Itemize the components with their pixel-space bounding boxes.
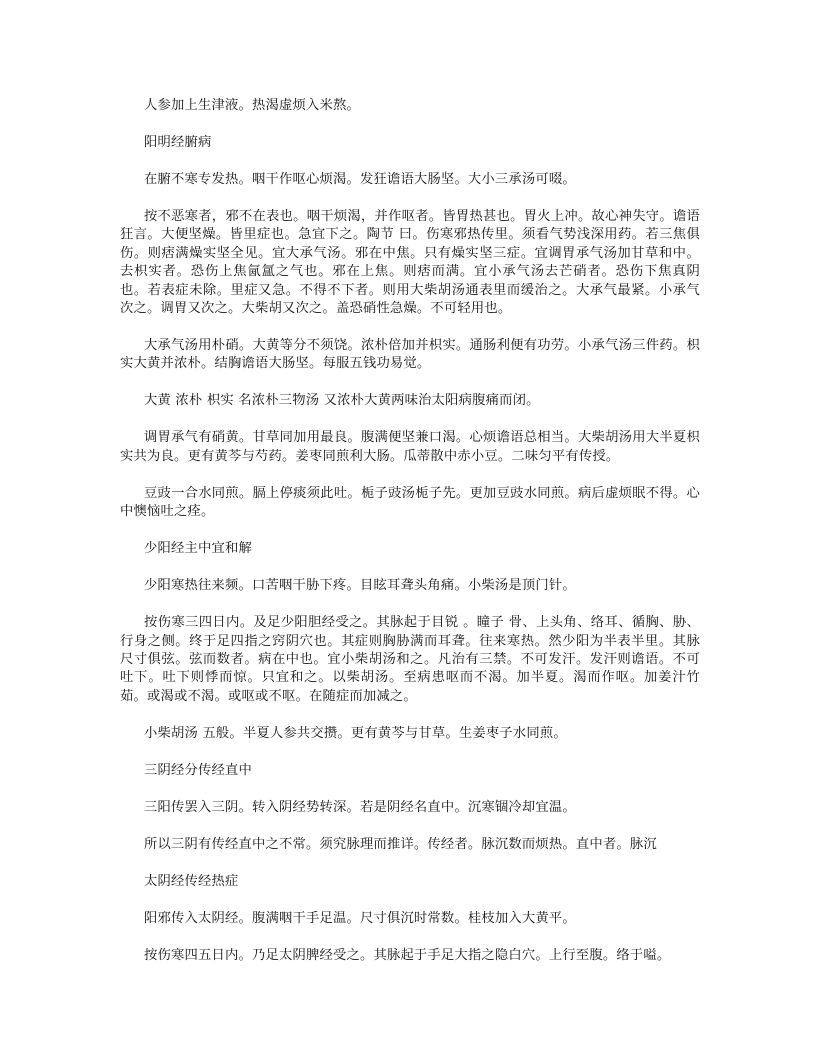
commentary-paragraph: 按伤寒三四日内。及足少阳胆经受之。其脉起于目锐 。瞳子 骨、上头角、络耳、循胸、… [120,614,700,706]
verse-paragraph: 三阳传罢入三阴。转入阴经势转深。若是阴经名直中。沉寒锢冷却宜温。 [120,799,700,817]
body-paragraph: 人参加上生津液。热渴虚烦入米熬。 [120,97,700,115]
section-heading: 阳明经腑病 [120,134,700,152]
verse-paragraph: 大承气汤用朴硝。大黄等分不须饶。浓朴倍加并枳实。通肠利便有功劳。小承气汤三件药。… [120,337,700,374]
section-heading: 少阳经主中宜和解 [120,540,700,558]
section-heading: 三阴经分传经直中 [120,762,700,780]
commentary-paragraph: 按伤寒四五日内。乃足太阴脾经受之。其脉起于手足大指之隐白穴。上行至腹。络于嗌。 [120,947,700,965]
section-heading: 太阴经传经热症 [120,873,700,891]
commentary-paragraph: 所以三阴有传经直中之不常。须究脉理而推详。传经者。脉沉数而烦热。直中者。脉沉 [120,836,700,854]
note-paragraph: 大黄 浓朴 枳实 名浓朴三物汤 又浓朴大黄两味治太阳病腹痛而闭。 [120,392,700,410]
verse-paragraph: 豆豉一合水同煎。膈上停痰须此吐。栀子豉汤栀子先。更加豆豉水同煎。病后虚烦眠不得。… [120,485,700,522]
verse-paragraph: 小柴胡汤 五般。半夏人参共交攒。更有黄芩与甘草。生姜枣子水同煎。 [120,725,700,743]
commentary-paragraph: 按不恶寒者，邪不在表也。咽干烦渴，并作呕者。皆胃热甚也。胃火上冲。故心神失守。谵… [120,208,700,318]
document-page: 人参加上生津液。热渴虚烦入米熬。 阳明经腑病 在腑不寒专发热。咽干作呕心烦渴。发… [120,97,700,984]
verse-paragraph: 调胃承气有硝黄。甘草同加用最良。腹满便坚兼口渴。心烦谵语总相当。大柴胡汤用大半夏… [120,429,700,466]
verse-paragraph: 阳邪传入太阴经。腹满咽干手足温。尺寸俱沉时常数。桂枝加入大黄平。 [120,910,700,928]
verse-paragraph: 在腑不寒专发热。咽干作呕心烦渴。发狂谵语大肠坚。大小三承汤可啜。 [120,171,700,189]
verse-paragraph: 少阳寒热往来频。口苦咽干胁下疼。目眩耳聋头角痛。小柴汤是顶门针。 [120,577,700,595]
